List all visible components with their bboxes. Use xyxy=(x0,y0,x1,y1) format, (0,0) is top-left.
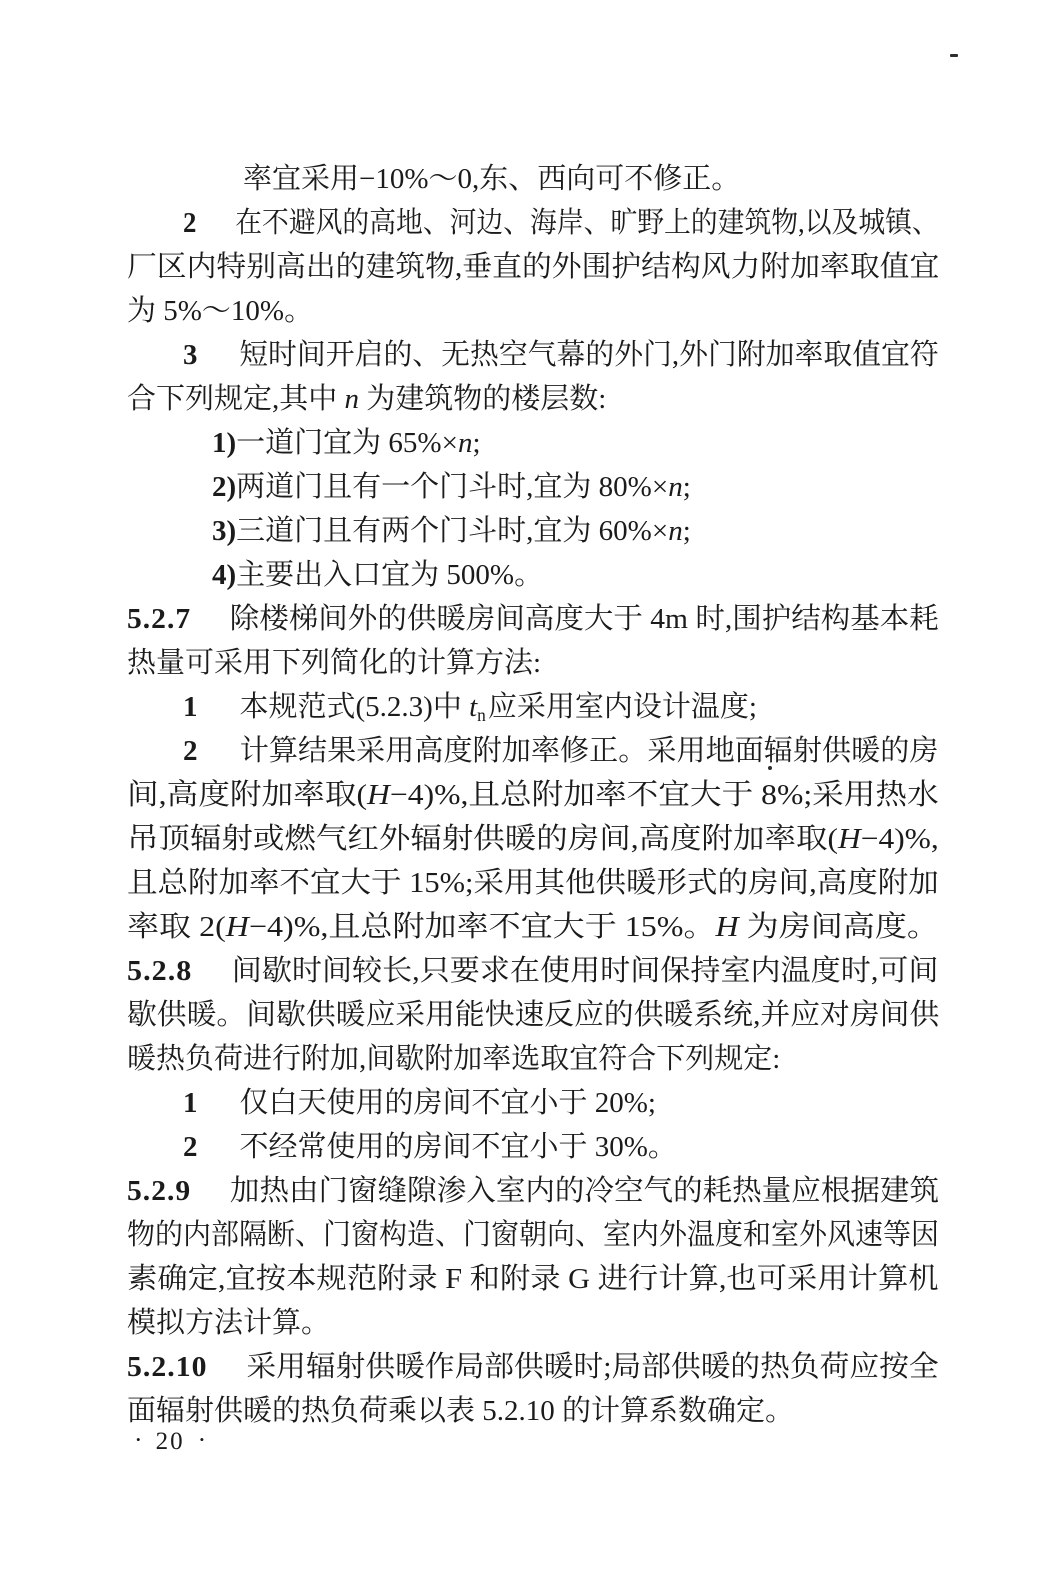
variable: t xyxy=(469,691,477,723)
text-line: 歇供暖。间歇供暖应采用能快速反应的供暖系统,并应对房间供 xyxy=(127,993,939,1037)
text-run: 不经常使用的房间不宜小于 30%。 xyxy=(240,1131,677,1163)
text-line-runs: 5.2.9加热由门窗缝隙渗入室内的冷空气的耗热量应根据建筑 xyxy=(127,1169,939,1213)
scan-artifact-mark xyxy=(950,54,958,57)
page-footer: •20• xyxy=(136,1422,204,1458)
text-line: 2不经常使用的房间不宜小于 30%。 xyxy=(127,1125,939,1169)
text-run: 热量可采用下列简化的计算方法: xyxy=(127,647,541,679)
text-run: 吊顶辐射或燃气红外辐射供暖的房间,高度附加率取( xyxy=(127,823,838,855)
text-line: 3)三道门且有两个门斗时,宜为 60%×n; xyxy=(127,509,939,553)
text-line-runs: 率取 2(H−4)%,且总附加率不宜大于 15%。H 为房间高度。 xyxy=(127,905,939,949)
subitem-number: 1) xyxy=(212,427,236,459)
text-run: 为 5%～10%。 xyxy=(127,295,313,327)
text-line-runs: 率宜采用−10%～0,东、西向可不修正。 xyxy=(243,157,740,201)
text-line: 1本规范式(5.2.3)中 tn应采用室内设计温度; xyxy=(127,685,939,729)
text-line: 2)两道门且有一个门斗时,宜为 80%×n; xyxy=(127,465,939,509)
text-run: 且总附加率不宜大于 15%;采用其他供暖形式的房间,高度附加 xyxy=(127,867,939,899)
text-run: 歇供暖。间歇供暖应采用能快速反应的供暖系统,并应对房间供 xyxy=(127,999,939,1031)
text-run: ; xyxy=(683,471,691,503)
text-line: 吊顶辐射或燃气红外辐射供暖的房间,高度附加率取(H−4)%, xyxy=(127,817,939,861)
text-line-runs: 且总附加率不宜大于 15%;采用其他供暖形式的房间,高度附加 xyxy=(127,861,939,905)
text-line-runs: 间,高度附加率取(H−4)%,且总附加率不宜大于 8%;采用热水 xyxy=(127,773,939,817)
variable: H xyxy=(716,911,739,943)
text-line-runs: 为 5%～10%。 xyxy=(127,289,313,333)
section-number: 5.2.8 xyxy=(127,955,192,987)
section-number: 5.2.10 xyxy=(127,1351,207,1383)
text-line: 1)一道门宜为 65%×n; xyxy=(127,421,939,465)
text-line: 暖热负荷进行附加,间歇附加率选取宜符合下列规定: xyxy=(127,1037,939,1081)
text-run: 短时间开启的、无热空气幕的外门,外门附加率取值宜符 xyxy=(239,339,939,371)
text-run: ; xyxy=(683,515,691,547)
text-run: 率宜采用−10%～0,东、西向可不修正。 xyxy=(243,163,740,195)
subitem-number: 3) xyxy=(212,515,236,547)
text-run: −4)%, xyxy=(861,823,939,855)
variable: n xyxy=(345,383,360,415)
subscript: n xyxy=(477,705,486,725)
text-line-runs: 5.2.10采用辐射供暖作局部供暖时;局部供暖的热负荷应按全 xyxy=(127,1345,939,1389)
text-line-runs: 模拟方法计算。 xyxy=(127,1301,330,1345)
text-line-runs: 歇供暖。间歇供暖应采用能快速反应的供暖系统,并应对房间供 xyxy=(127,993,939,1037)
text-run: 率取 2( xyxy=(127,911,226,943)
item-number: 2 xyxy=(183,207,196,239)
page-content: 率宜采用−10%～0,东、西向可不修正。2在不避风的高地、河边、海岸、旷野上的建… xyxy=(127,157,939,1433)
text-line-runs: 2不经常使用的房间不宜小于 30%。 xyxy=(183,1125,677,1169)
footer-dot-left: • xyxy=(136,1432,141,1447)
item-number: 2 xyxy=(183,1131,198,1163)
subitem-number: 4) xyxy=(212,559,236,591)
text-line: 3短时间开启的、无热空气幕的外门,外门附加率取值宜符 xyxy=(127,333,939,377)
text-line: 5.2.10采用辐射供暖作局部供暖时;局部供暖的热负荷应按全 xyxy=(127,1345,939,1389)
text-line: 且总附加率不宜大于 15%;采用其他供暖形式的房间,高度附加 xyxy=(127,861,939,905)
document-page: 率宜采用−10%～0,东、西向可不修正。2在不避风的高地、河边、海岸、旷野上的建… xyxy=(0,0,1058,1581)
text-run: 间歇时间较长,只要求在使用时间保持室内温度时,可间 xyxy=(232,955,939,987)
text-line: 5.2.7除楼梯间外的供暖房间高度大于 4m 时,围护结构基本耗 xyxy=(127,597,939,641)
text-run: 合下列规定,其中 xyxy=(127,383,345,415)
footer-page-number: 20 xyxy=(156,1428,185,1455)
text-line-runs: 素确定,宜按本规范附录 F 和附录 G 进行计算,也可采用计算机 xyxy=(127,1257,939,1301)
text-run: 面辐射供暖的热负荷乘以表 5.2.10 的计算系数确定。 xyxy=(127,1395,794,1427)
text-line: 1仅白天使用的房间不宜小于 20%; xyxy=(127,1081,939,1125)
text-line-runs: 合下列规定,其中 n 为建筑物的楼层数: xyxy=(127,377,606,421)
text-run: 物的内部隔断、门窗构造、门窗朝向、室内外温度和室外风速等因 xyxy=(127,1219,939,1251)
variable: H xyxy=(226,911,249,943)
item-number: 1 xyxy=(183,1087,198,1119)
text-line-runs: 面辐射供暖的热负荷乘以表 5.2.10 的计算系数确定。 xyxy=(127,1389,794,1433)
item-number: 1 xyxy=(183,691,198,723)
text-line: 2计算结果采用高度附加率修正。采用地面辐射供暖的房 xyxy=(127,729,939,773)
text-line-runs: 3短时间开启的、无热空气幕的外门,外门附加率取值宜符 xyxy=(183,333,939,377)
text-line-runs: 1)一道门宜为 65%×n; xyxy=(212,421,481,465)
text-line-runs: 5.2.8间歇时间较长,只要求在使用时间保持室内温度时,可间 xyxy=(127,949,938,993)
text-run: −4)%,且总附加率不宜大于 8%;采用热水 xyxy=(390,779,939,811)
text-line-runs: 物的内部隔断、门窗构造、门窗朝向、室内外温度和室外风速等因 xyxy=(127,1213,939,1257)
variable: H xyxy=(838,823,861,855)
variable: n xyxy=(458,427,473,459)
text-line-runs: 5.2.7除楼梯间外的供暖房间高度大于 4m 时,围护结构基本耗 xyxy=(127,597,939,641)
item-number: 2 xyxy=(183,735,198,767)
text-run: 素确定,宜按本规范附录 F 和附录 G 进行计算,也可采用计算机 xyxy=(127,1263,939,1295)
text-line-runs: 暖热负荷进行附加,间歇附加率选取宜符合下列规定: xyxy=(127,1037,780,1081)
section-number: 5.2.9 xyxy=(127,1175,191,1207)
text-run: 间,高度附加率取( xyxy=(127,779,367,811)
text-run: −4)%,且总附加率不宜大于 15%。 xyxy=(249,911,716,943)
text-line: 2在不避风的高地、河边、海岸、旷野上的建筑物,以及城镇、 xyxy=(127,201,939,245)
text-run: 一道门宜为 65%× xyxy=(236,427,458,459)
text-line: 厂区内特别高出的建筑物,垂直的外围护结构风力附加率取值宜 xyxy=(127,245,939,289)
text-run: 为房间高度。 xyxy=(739,911,939,943)
text-line: 素确定,宜按本规范附录 F 和附录 G 进行计算,也可采用计算机 xyxy=(127,1257,939,1301)
text-line: 面辐射供暖的热负荷乘以表 5.2.10 的计算系数确定。 xyxy=(127,1389,939,1433)
text-run: 本规范式(5.2.3)中 xyxy=(240,691,470,723)
text-line-runs: 2在不避风的高地、河边、海岸、旷野上的建筑物,以及城镇、 xyxy=(183,201,939,245)
text-line: 4)主要出入口宜为 500%。 xyxy=(127,553,939,597)
text-run: 厂区内特别高出的建筑物,垂直的外围护结构风力附加率取值宜 xyxy=(127,251,939,283)
text-line: 模拟方法计算。 xyxy=(127,1301,939,1345)
text-line: 率取 2(H−4)%,且总附加率不宜大于 15%。H 为房间高度。 xyxy=(127,905,939,949)
text-line-runs: 4)主要出入口宜为 500%。 xyxy=(212,553,543,597)
text-line-runs: 2计算结果采用高度附加率修正。采用地面辐射供暖的房 xyxy=(183,729,939,773)
text-run: 三道门且有两个门斗时,宜为 60%× xyxy=(236,515,668,547)
text-line: 合下列规定,其中 n 为建筑物的楼层数: xyxy=(127,377,939,421)
text-line-runs: 3)三道门且有两个门斗时,宜为 60%×n; xyxy=(212,509,691,553)
text-run: 为建筑物的楼层数: xyxy=(359,383,606,415)
text-line: 率宜采用−10%～0,东、西向可不修正。 xyxy=(127,157,939,201)
text-line: 5.2.9加热由门窗缝隙渗入室内的冷空气的耗热量应根据建筑 xyxy=(127,1169,939,1213)
text-line-runs: 吊顶辐射或燃气红外辐射供暖的房间,高度附加率取(H−4)%, xyxy=(127,817,939,861)
text-line-runs: 热量可采用下列简化的计算方法: xyxy=(127,641,541,685)
variable: n xyxy=(668,515,683,547)
text-line-runs: 1仅白天使用的房间不宜小于 20%; xyxy=(183,1081,656,1125)
subitem-number: 2) xyxy=(212,471,236,503)
text-line: 物的内部隔断、门窗构造、门窗朝向、室内外温度和室外风速等因 xyxy=(127,1213,939,1257)
text-line: 5.2.8间歇时间较长,只要求在使用时间保持室内温度时,可间 xyxy=(127,949,939,993)
section-number: 5.2.7 xyxy=(127,603,191,635)
text-run: 暖热负荷进行附加,间歇附加率选取宜符合下列规定: xyxy=(127,1043,780,1075)
variable: H xyxy=(367,779,390,811)
item-number: 3 xyxy=(183,339,197,371)
footer-dot-right: • xyxy=(200,1432,205,1447)
text-run: 模拟方法计算。 xyxy=(127,1307,330,1339)
text-run: 主要出入口宜为 500%。 xyxy=(236,559,543,591)
variable: n xyxy=(668,471,683,503)
text-run: 仅白天使用的房间不宜小于 20%; xyxy=(240,1087,656,1119)
text-line-runs: 2)两道门且有一个门斗时,宜为 80%×n; xyxy=(212,465,691,509)
text-run: 除楼梯间外的供暖房间高度大于 4m 时,围护结构基本耗 xyxy=(230,603,939,635)
text-run: 应采用室内设计温度; xyxy=(488,691,757,723)
text-run: 两道门且有一个门斗时,宜为 80%× xyxy=(236,471,668,503)
text-run: 采用辐射供暖作局部供暖时;局部供暖的热负荷应按全 xyxy=(246,1351,938,1383)
text-line: 间,高度附加率取(H−4)%,且总附加率不宜大于 8%;采用热水 xyxy=(127,773,939,817)
text-line-runs: 厂区内特别高出的建筑物,垂直的外围护结构风力附加率取值宜 xyxy=(127,245,939,289)
text-run: ; xyxy=(472,427,480,459)
text-run: 在不避风的高地、河边、海岸、旷野上的建筑物,以及城镇、 xyxy=(235,207,939,239)
text-run: 计算结果采用高度附加率修正。采用地面辐射供暖的房 xyxy=(240,735,939,767)
text-line: 为 5%～10%。 xyxy=(127,289,939,333)
text-run: 加热由门窗缝隙渗入室内的冷空气的耗热量应根据建筑 xyxy=(230,1175,939,1207)
text-line: 热量可采用下列简化的计算方法: xyxy=(127,641,939,685)
